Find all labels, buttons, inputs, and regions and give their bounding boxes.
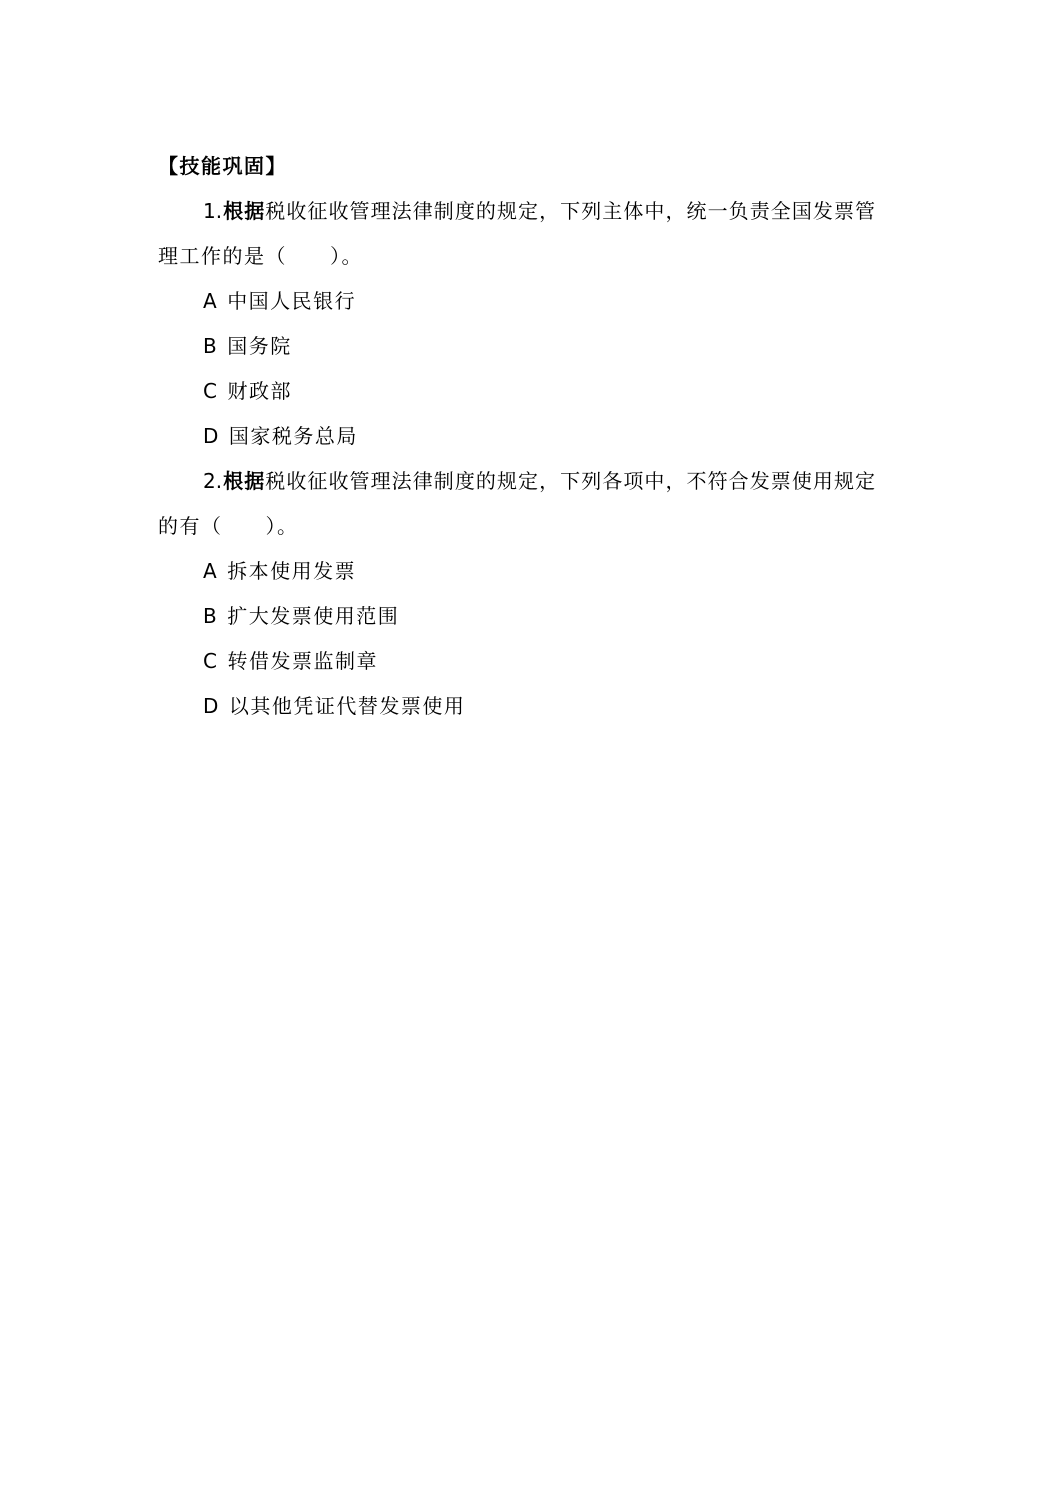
option-text: 国家税务总局 (229, 424, 358, 448)
question-2-keyword: 根据 (222, 469, 265, 493)
question-1-option-d: D国家税务总局 (158, 414, 875, 459)
question-2-stem-line-2: 的有（ ）。 (158, 504, 875, 549)
option-letter: B (203, 334, 218, 358)
document-content: 【技能巩固】 1.根据税收征收管理法律制度的规定，下列主体中，统一负责全国发票管… (158, 144, 875, 729)
option-letter: A (203, 289, 218, 313)
question-2-option-c: C转借发票监制章 (158, 639, 875, 684)
question-1-stem-text: 税收征收管理法律制度的规定，下列主体中，统一负责全国发票管 (265, 199, 875, 223)
option-text: 国务院 (227, 334, 292, 358)
option-letter: D (203, 694, 220, 718)
question-2-number: 2. (203, 469, 222, 493)
question-2-option-d: D以其他凭证代替发票使用 (158, 684, 875, 729)
option-text: 以其他凭证代替发票使用 (229, 694, 466, 718)
question-2-option-b: B扩大发票使用范围 (158, 594, 875, 639)
option-letter: A (203, 559, 218, 583)
option-text: 财政部 (227, 379, 292, 403)
question-1-keyword: 根据 (222, 199, 265, 223)
option-text: 扩大发票使用范围 (227, 604, 399, 628)
question-1-option-b: B国务院 (158, 324, 875, 369)
question-2-stem-text: 税收征收管理法律制度的规定，下列各项中，不符合发票使用规定 (265, 469, 875, 493)
option-letter: B (203, 604, 218, 628)
document-page: 【技能巩固】 1.根据税收征收管理法律制度的规定，下列主体中，统一负责全国发票管… (0, 0, 1059, 1497)
question-1-stem-line-2: 理工作的是（ ）。 (158, 234, 875, 279)
question-2-option-a: A拆本使用发票 (158, 549, 875, 594)
option-text: 拆本使用发票 (227, 559, 356, 583)
option-letter: D (203, 424, 220, 448)
question-2-stem-line-1: 2.根据税收征收管理法律制度的规定，下列各项中，不符合发票使用规定 (158, 459, 875, 504)
question-1-option-a: A中国人民银行 (158, 279, 875, 324)
question-1-option-c: C财政部 (158, 369, 875, 414)
question-1-stem-line-1: 1.根据税收征收管理法律制度的规定，下列主体中，统一负责全国发票管 (158, 189, 875, 234)
option-text: 转借发票监制章 (227, 649, 378, 673)
option-text: 中国人民银行 (227, 289, 356, 313)
option-letter: C (203, 649, 218, 673)
question-1-number: 1. (203, 199, 222, 223)
section-title: 【技能巩固】 (158, 144, 875, 189)
option-letter: C (203, 379, 218, 403)
